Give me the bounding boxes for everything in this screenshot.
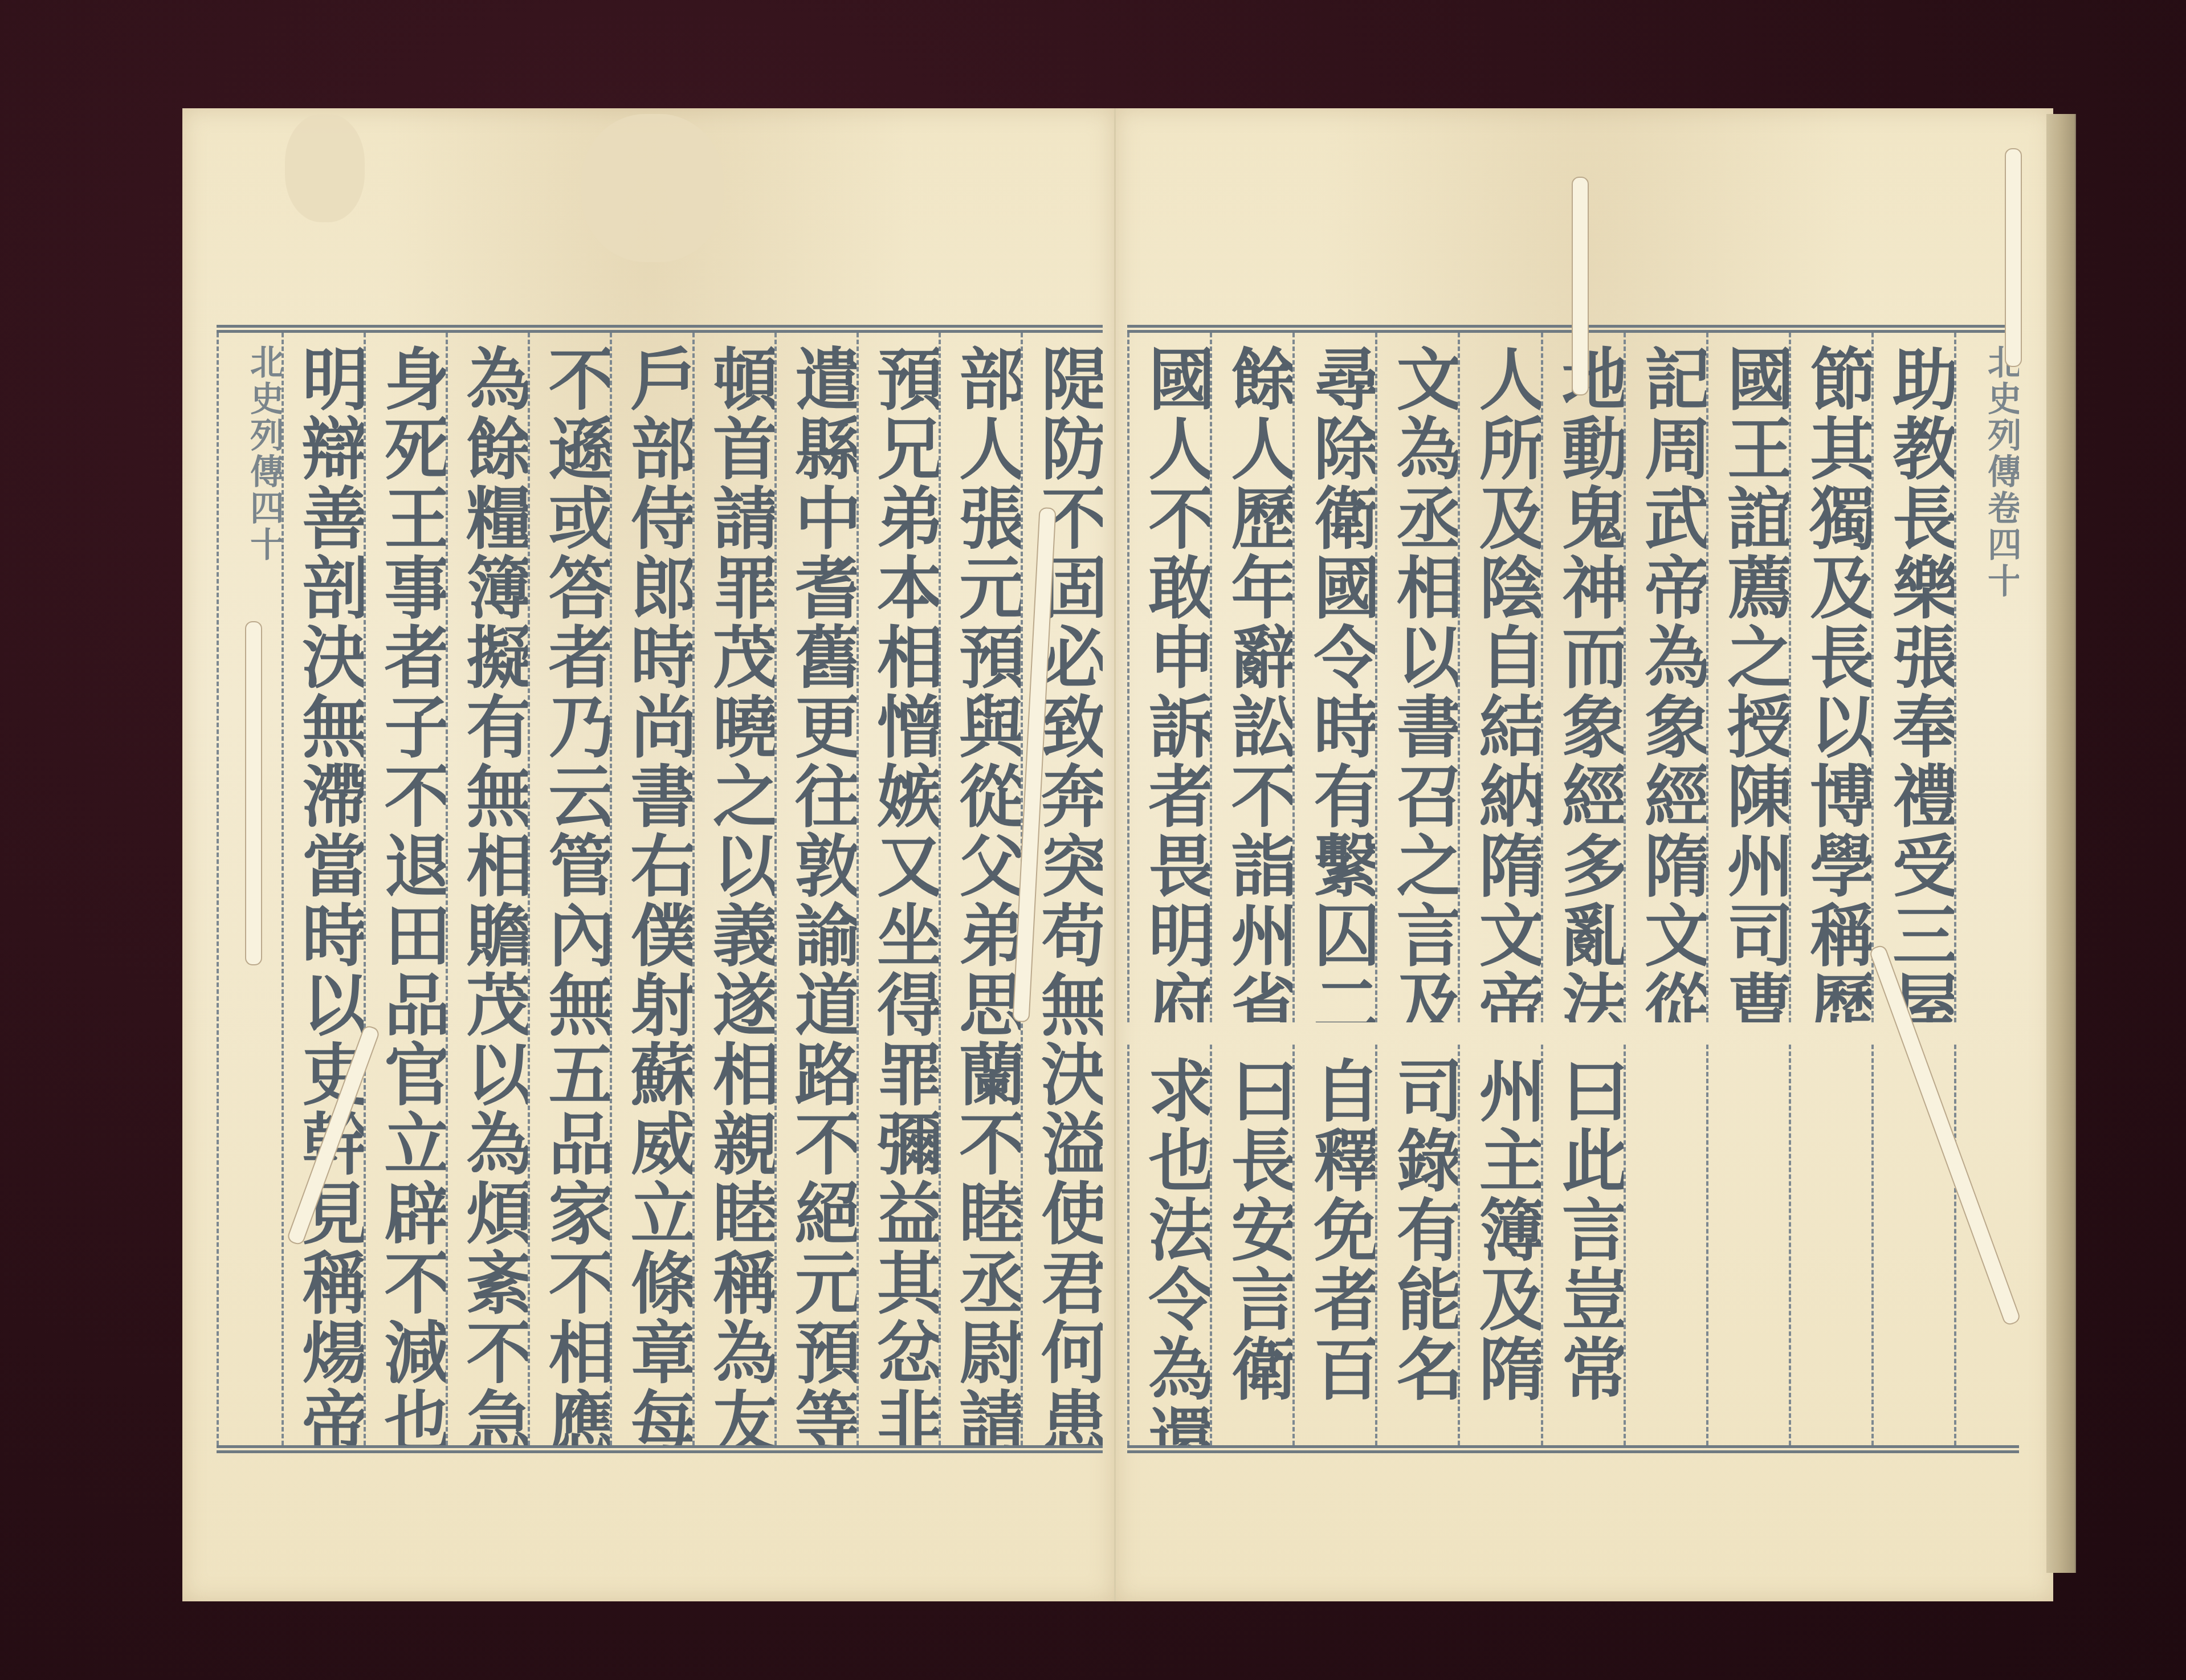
text-column: 遣縣中耆舊更往敦諭道路不絕元預等各生感悔詣縣 — [774, 333, 857, 1445]
text-column: 國王誼薦之授陳州司曹屬隋文帝作亳州總管命掌書 — [1706, 333, 1789, 1022]
text-column: 明辯善剖決無滯當時以吏幹見稱煬帝即位遷衛尉丞 — [282, 333, 364, 1445]
right-page: 北史列傳卷四十 助教長樂張奉禮受三屋帰辞言至志粮食家人成病常 節其獨及長以博學稱… — [1114, 108, 2053, 1601]
text-column: 不遜或答者乃云管內無五品家不相應領類多如此又 — [528, 333, 610, 1445]
water-stain — [581, 114, 724, 262]
text-column: 司錄有能名 — [1375, 1045, 1458, 1445]
right-columns-upper: 北史列傳卷四十 助教長樂張奉禮受三屋帰辞言至志粮食家人成病常 節其獨及長以博學稱… — [1127, 333, 2019, 1022]
text-column: 身死王事者子不退田品官立辟不減也皆發於茂茂性 — [364, 333, 446, 1445]
text-column: 曰此言豈常 — [1541, 1045, 1624, 1445]
text-column: 求也法令為還隄防 — [1127, 1045, 1210, 1445]
banxin-label: 北史列傳卷四十 — [1954, 333, 2019, 1022]
text-column — [1706, 1045, 1789, 1445]
right-lower-block: 曰此言豈常 州主簿及隋 司錄有能名 自釋免者百 曰長安言衛 求也法令為還隄防 — [1127, 1045, 2019, 1445]
text-column: 國人不敢申訴者畏明府也茂 — [1127, 333, 1210, 1022]
text-column: 節其獨及長以博學稱歷位保城令有能名周平齊王拉 — [1789, 333, 1871, 1022]
text-column: 州主簿及隋 — [1458, 1045, 1540, 1445]
text-column: 文為丞相以書召之言及暢甚歡 — [1375, 333, 1458, 1022]
text-column: 尋除衛國令時有繫囚二百茂親自 — [1292, 333, 1375, 1022]
water-stain — [285, 114, 365, 222]
text-column: 頓首請罪茂曉之以義遂相親睦稱為友悌開皇中累遷 — [692, 333, 774, 1445]
open-book: 隄防不固必致奔突苟無決溢使君何患哉賜無以應有 部人張元預與從父弟思蘭不睦丞尉請加… — [182, 108, 2052, 1601]
fore-edge — [2046, 114, 2076, 1573]
text-column: 預兄弟本相憎嫉又坐得罪彌益其忿非化人之意也乃 — [857, 333, 939, 1445]
text-column — [1624, 1045, 1706, 1445]
text-column: 記周武帝為象經隋文從容謂茂曰人主之所為也感天 — [1624, 333, 1706, 1022]
right-text-frame: 北史列傳卷四十 助教長樂張奉禮受三屋帰辞言至志粮食家人成病常 節其獨及長以博學稱… — [1127, 325, 2019, 1453]
left-text-frame: 隄防不固必致奔突苟無決溢使君何患哉賜無以應有 部人張元預與從父弟思蘭不睦丞尉請加… — [217, 325, 1103, 1453]
text-column: 自釋免者百 — [1292, 1045, 1375, 1445]
text-column: 戶部侍郎時尚書右僕射蘇威立條章每歲責人間五品 — [610, 333, 692, 1445]
left-columns: 隄防不固必致奔突苟無決溢使君何患哉賜無以應有 部人張元預與從父弟思蘭不睦丞尉請加… — [217, 333, 1103, 1445]
text-column: 餘人歷年辭訟不詣州省魏州 — [1210, 333, 1292, 1022]
text-column — [1789, 1045, 1871, 1445]
text-column: 助教長樂張奉禮受三屋帰辞言至志粮食家人成病常 — [1871, 333, 1954, 1022]
right-columns-lower: 曰此言豈常 州主簿及隋 司錄有能名 自釋免者百 曰長安言衛 求也法令為還隄防 — [1127, 1045, 2019, 1445]
text-column: 地動鬼神而象經多亂法何以致人 — [1541, 333, 1624, 1022]
paper-tear — [245, 621, 262, 965]
text-column: 曰長安言衛 — [1210, 1045, 1292, 1445]
paper-tear — [1572, 177, 1589, 395]
paper-tear — [2005, 148, 2022, 367]
text-column: 人所及陰自結納隋文帝親禮之後 — [1458, 333, 1540, 1022]
text-column: 為餘糧簿擬有無相贍茂以為煩紊不急皆奏罷之又奏 — [446, 333, 528, 1445]
text-column: 部人張元預與從父弟思蘭不睦丞尉請加嚴法茂曰元 — [939, 333, 1021, 1445]
right-upper-block: 北史列傳卷四十 助教長樂張奉禮受三屋帰辞言至志粮食家人成病常 節其獨及長以博學稱… — [1127, 333, 2019, 1022]
left-page: 隄防不固必致奔突苟無決溢使君何患哉賜無以應有 部人張元預與從父弟思蘭不睦丞尉請加… — [182, 108, 1114, 1601]
